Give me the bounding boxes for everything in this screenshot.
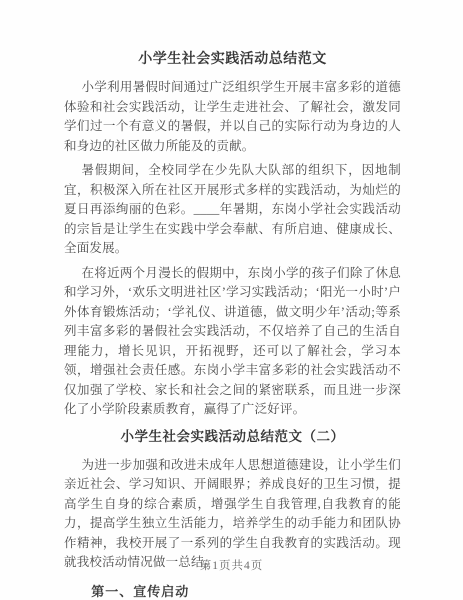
paragraph-2: 暑假期间，全校同学在少先队大队部的组织下，因地制宜，积极深入所在社区开展形式多样… [64, 161, 401, 259]
paragraph-1: 小学利用暑假时间通过广泛组织学生开展丰富多彩的道德体验和社会实践活动，让学生走进… [64, 78, 401, 156]
section2-title: 小学生社会实践活动总结范文（二） [64, 427, 401, 447]
document-page: 小学生社会实践活动总结范文 小学利用暑假时间通过广泛组织学生开展丰富多彩的道德体… [0, 0, 463, 600]
document-content: 小学生社会实践活动总结范文 小学利用暑假时间通过广泛组织学生开展丰富多彩的道德体… [64, 0, 401, 600]
paragraph-3: 在将近两个月漫长的假期中，东岗小学的孩子们除了休息和学习外，‘欢乐文明进社区’学… [64, 264, 401, 420]
paragraph-4: 为进一步加强和改进未成年人思想道德建设，让小学生们亲近社会、学习知识、开阔眼界；… [64, 456, 401, 573]
page-number-footer: 第1页共4页 [0, 557, 463, 573]
subheading-first-item: 第一、宣传启动 [64, 582, 401, 600]
document-title: 小学生社会实践活动总结范文 [64, 50, 401, 70]
